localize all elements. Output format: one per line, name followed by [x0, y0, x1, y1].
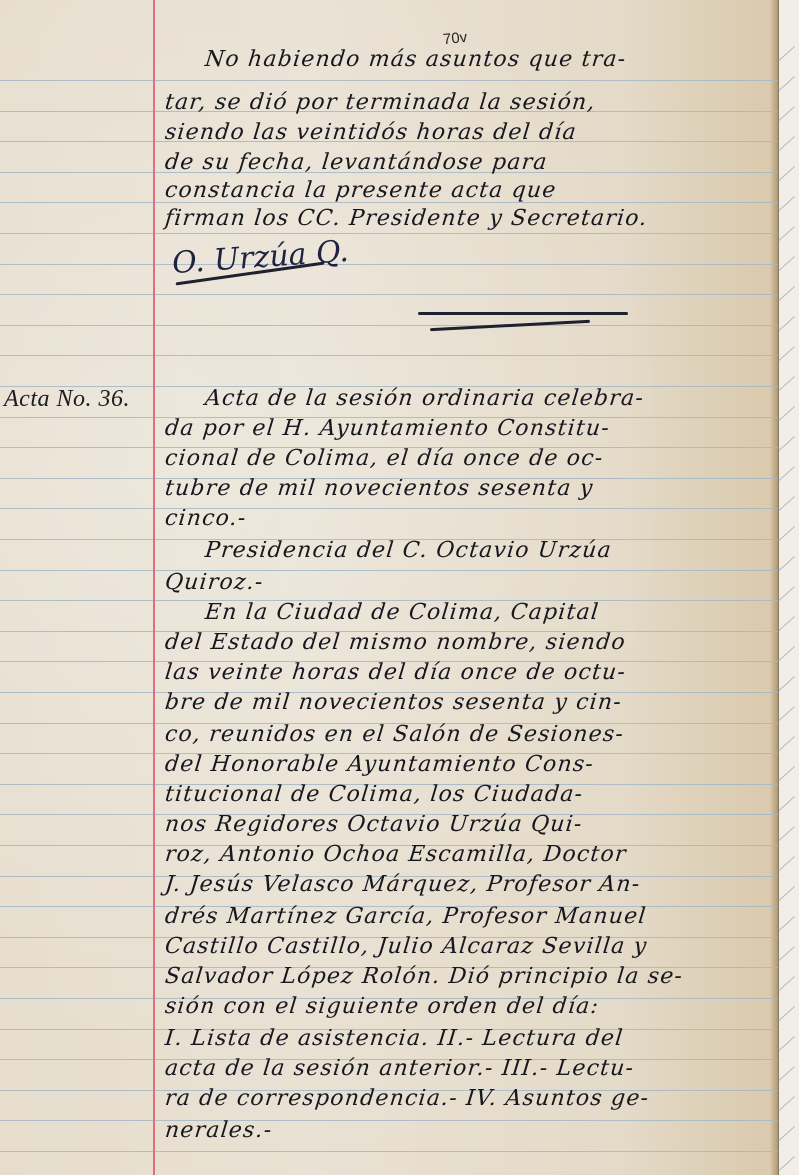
underlying-rule-line	[779, 676, 795, 691]
acta-line-10: las veinte horas del día once de octu-	[164, 660, 772, 685]
closing-line-5: constancia la presente acta que	[164, 178, 772, 203]
acta-line-4: tubre de mil novecientos sesenta y	[164, 476, 772, 501]
acta-line-5: cinco.-	[164, 506, 772, 531]
underlying-rule-line	[779, 856, 795, 871]
underlying-rule-line	[779, 976, 795, 991]
acta-line-2: da por el H. Ayuntamiento Constitu-	[164, 416, 772, 441]
underlying-rule-line	[779, 496, 795, 511]
acta-number-label: Acta No. 36.	[4, 386, 130, 413]
acta-line-19: Castillo Castillo, Julio Alcaraz Sevilla…	[164, 934, 772, 959]
underlying-rule-line	[779, 136, 795, 151]
underlying-rule-line	[779, 646, 795, 661]
rule-line	[0, 264, 778, 265]
underlying-rule-line	[779, 1036, 795, 1051]
rule-line	[0, 355, 778, 356]
red-margin-line	[153, 0, 155, 1175]
underlying-rule-line	[779, 1006, 795, 1021]
acta-line-25: nerales.-	[164, 1118, 772, 1143]
underlying-rule-line	[779, 1096, 795, 1111]
underlying-rule-line	[779, 736, 795, 751]
underlying-rule-line	[779, 346, 795, 361]
underlying-rule-line	[779, 1156, 795, 1171]
acta-line-14: titucional de Colima, los Ciudada-	[164, 782, 772, 807]
underlying-rule-line	[779, 886, 795, 901]
underlying-page-edge	[778, 0, 799, 1175]
underlying-rule-line	[779, 586, 795, 601]
acta-line-8: En la Ciudad de Colima, Capital	[204, 600, 799, 625]
underlying-rule-line	[779, 106, 795, 121]
closing-line-2: tar, se dió por terminada la sesión,	[164, 90, 772, 115]
underlying-rule-line	[779, 286, 795, 301]
underlying-rule-line	[779, 1126, 795, 1141]
underlying-rule-line	[779, 1066, 795, 1081]
underlying-rule-line	[779, 946, 795, 961]
closing-line-3: siendo las veintidós horas del día	[164, 120, 772, 145]
acta-line-7: Quiroz.-	[164, 570, 772, 595]
acta-line-20: Salvador López Rolón. Dió principio la s…	[164, 964, 772, 989]
rule-line	[0, 325, 778, 326]
underlying-rule-line	[779, 766, 795, 781]
signature-secretario-stroke	[418, 312, 628, 315]
underlying-rule-line	[779, 226, 795, 241]
underlying-rule-line	[779, 796, 795, 811]
rule-line	[0, 294, 778, 295]
rule-line	[0, 80, 778, 81]
underlying-rule-line	[779, 316, 795, 331]
acta-line-23: acta de la sesión anterior.- III.- Lectu…	[164, 1056, 772, 1081]
acta-line-13: del Honorable Ayuntamiento Cons-	[164, 752, 772, 777]
rule-line	[0, 233, 778, 234]
acta-line-22: I. Lista de asistencia. II.- Lectura del	[164, 1026, 772, 1051]
closing-line-6: firman los CC. Presidente y Secretario.	[164, 206, 772, 231]
acta-line-12: co, reunidos en el Salón de Sesiones-	[164, 722, 772, 747]
underlying-rule-line	[779, 826, 795, 841]
closing-line-1: No habiendo más asuntos que tra-	[204, 47, 799, 72]
folio-number: 70v	[442, 29, 468, 48]
acta-line-9: del Estado del mismo nombre, siendo	[164, 630, 772, 655]
acta-line-6: Presidencia del C. Octavio Urzúa	[204, 538, 799, 563]
underlying-rule-line	[779, 196, 795, 211]
acta-line-24: ra de correspondencia.- IV. Asuntos ge-	[164, 1086, 772, 1111]
underlying-rule-line	[779, 916, 795, 931]
underlying-rule-line	[779, 256, 795, 271]
rule-line	[0, 1151, 778, 1152]
closing-line-4: de su fecha, levantándose para	[164, 150, 772, 175]
acta-line-1: Acta de la sesión ordinaria celebra-	[204, 386, 799, 411]
acta-line-18: drés Martínez García, Profesor Manuel	[164, 904, 772, 929]
acta-line-11: bre de mil novecientos sesenta y cin-	[164, 690, 772, 715]
underlying-rule-line	[779, 166, 795, 181]
acta-line-21: sión con el siguiente orden del día:	[164, 994, 772, 1019]
acta-line-3: cional de Colima, el día once de oc-	[164, 446, 772, 471]
acta-line-15: nos Regidores Octavio Urzúa Qui-	[164, 812, 772, 837]
underlying-rule-line	[779, 76, 795, 91]
underlying-rule-line	[779, 706, 795, 721]
underlying-rule-line	[779, 436, 795, 451]
acta-line-17: J. Jesús Velasco Márquez, Profesor An-	[164, 872, 772, 897]
acta-line-16: roz, Antonio Ochoa Escamilla, Doctor	[164, 842, 772, 867]
underlying-rule-line	[779, 466, 795, 481]
